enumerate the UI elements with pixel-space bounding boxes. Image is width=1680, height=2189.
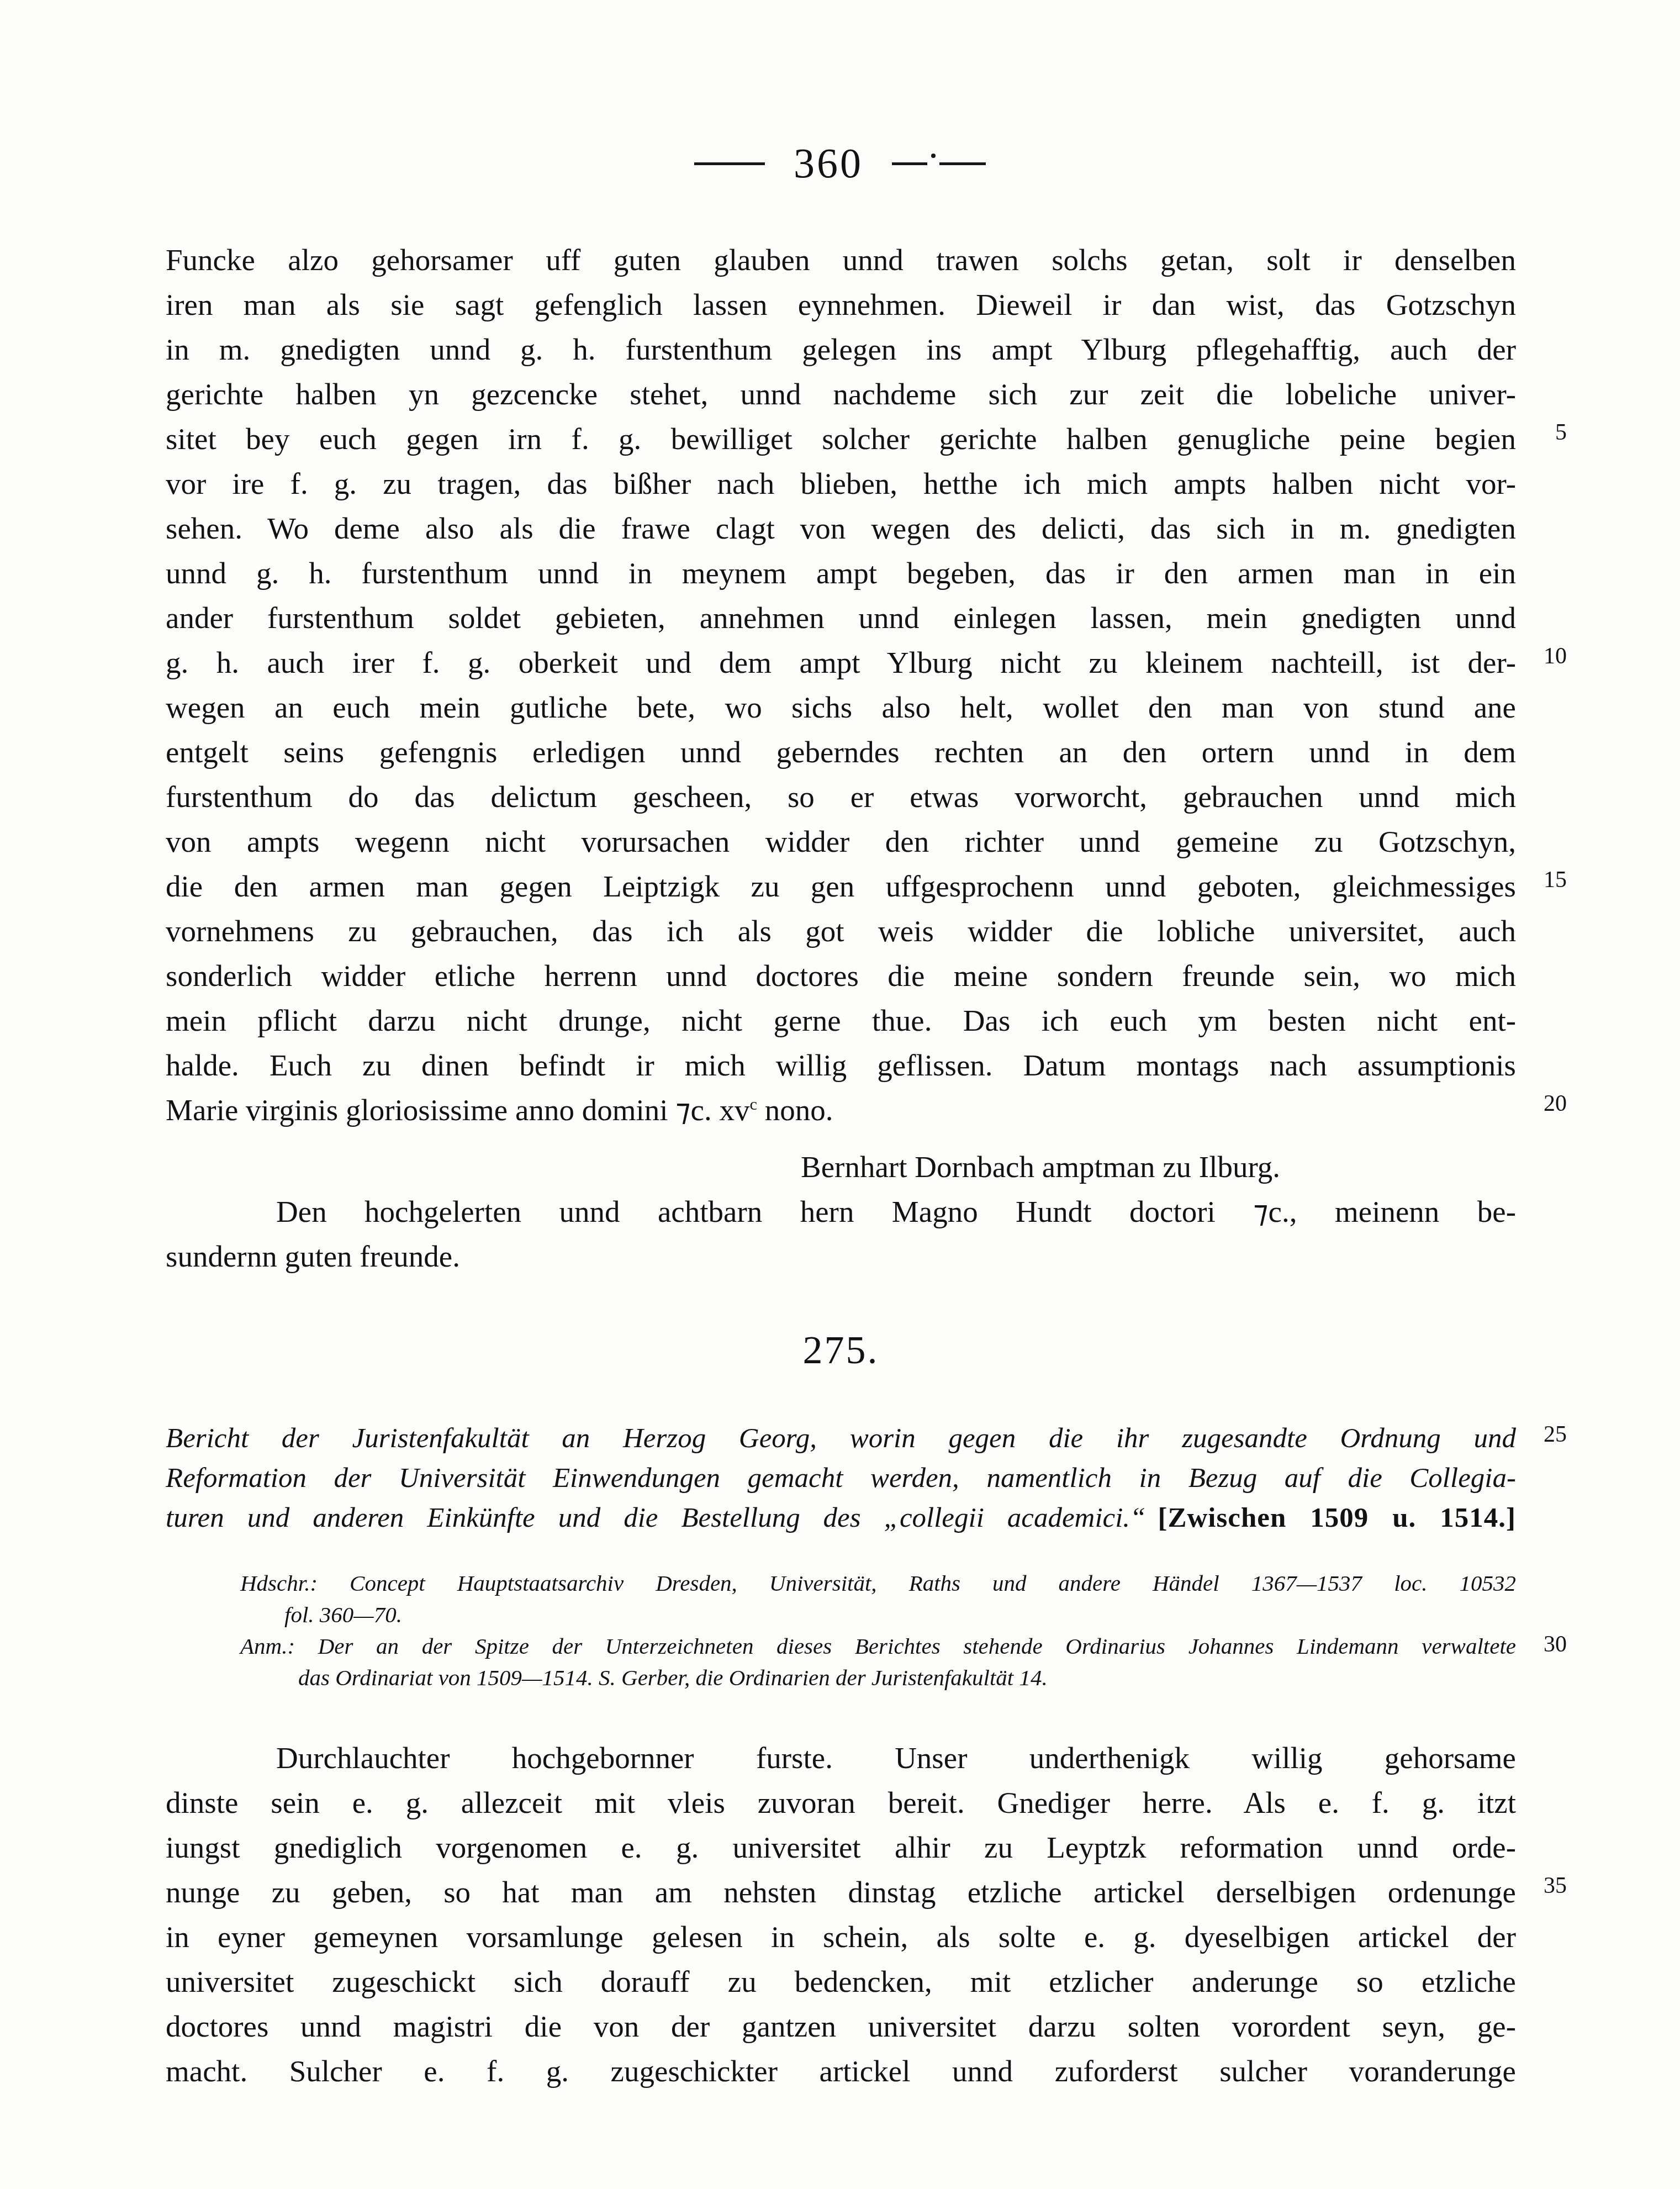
text-line: in m. gnedigten unnd g. h. furstenthum g… (166, 327, 1516, 372)
text-line: halde. Euch zu dinen befindt ir mich wil… (166, 1043, 1516, 1088)
line-text: mein pflicht darzu nicht drunge, nicht g… (166, 1004, 1516, 1037)
summary-line: Bericht der Juristenfakultät an Herzog G… (166, 1418, 1516, 1458)
line-text: sonderlich widder etliche herrenn unnd d… (166, 959, 1516, 993)
text-line: furstenthum do das delictum gescheen, so… (166, 774, 1516, 819)
text-line: die den armen man gegen Leiptzigk zu gen… (166, 864, 1516, 909)
text-line: sonderlich widder etliche herrenn unnd d… (166, 953, 1516, 998)
date-line-post: nono. (757, 1093, 833, 1127)
date-line-pre: Marie virginis gloriosissime anno domini… (166, 1093, 750, 1127)
line-text: sehen. Wo deme also als die frawe clagt … (166, 511, 1516, 545)
margin-line-number: 10 (1544, 645, 1567, 668)
text-line: ander furstenthum soldet gebieten, anneh… (166, 595, 1516, 640)
header-rule-right (892, 161, 986, 166)
address-line: Den hochgelerten unnd achtbarn hern Magn… (166, 1189, 1516, 1234)
line-text: vornehmens zu gebrauchen, das ich als go… (166, 914, 1516, 948)
address-line: sundernn guten freunde. (166, 1234, 1516, 1279)
summary-line: Reformation der Universität Einwendungen… (166, 1458, 1516, 1498)
margin-line-number: 5 (1555, 421, 1567, 444)
line-text: Reformation der Universität Einwendungen… (166, 1463, 1516, 1494)
header-dot (931, 154, 936, 158)
text-line: gerichte halben yn gezcencke stehet, unn… (166, 372, 1516, 416)
line-text: macht. Sulcher e. f. g. zugeschickter ar… (166, 2054, 1516, 2088)
line-text: gerichte halben yn gezcencke stehet, unn… (166, 377, 1516, 411)
text-line: dinste sein e. g. allezceit mit vleis zu… (166, 1780, 1516, 1825)
line-text: entgelt seins gefengnis erledigen unnd g… (166, 735, 1516, 769)
line-text: in eyner gemeynen vorsamlunge gelesen in… (166, 1920, 1516, 1954)
text-line: Durchlauchter hochgebornner furste. Unse… (166, 1736, 1516, 1780)
text-line: g. h. auch irer f. g. oberkeit und dem a… (166, 640, 1516, 685)
line-text: halde. Euch zu dinen befindt ir mich wil… (166, 1048, 1516, 1082)
line-text: g. h. auch irer f. g. oberkeit und dem a… (166, 646, 1516, 679)
date-range-bracket: [Zwischen 1509 u. 1514.] (1158, 1502, 1516, 1533)
line-text: von ampts wegenn nicht vorursachen widde… (166, 825, 1516, 858)
line-text: nunge zu geben, so hat man am nehsten di… (166, 1875, 1516, 1909)
text-line: entgelt seins gefengnis erledigen unnd g… (166, 730, 1516, 774)
book-page-scan: 360 Funcke alzo gehorsamer uff guten gla… (0, 0, 1680, 2189)
line-text: ander furstenthum soldet gebieten, anneh… (166, 601, 1516, 635)
header-rule-left (694, 162, 765, 165)
superscript-c: c (750, 1095, 757, 1114)
report-text-block: Durchlauchter hochgebornner furste. Unse… (166, 1736, 1516, 2093)
summary-italic-part: turen und anderen Einkünfte und die Best… (166, 1502, 1145, 1533)
text-line: unnd g. h. furstenthum unnd in meynem am… (166, 551, 1516, 595)
page-header: 360 (0, 143, 1680, 184)
text-line: sehen. Wo deme also als die frawe clagt … (166, 506, 1516, 551)
line-text: wegen an euch mein gutliche bete, wo sic… (166, 690, 1516, 724)
text-line: in eyner gemeynen vorsamlunge gelesen in… (166, 1914, 1516, 1959)
line-text: Hdschr.: Concept Hauptstaatsarchiv Dresd… (240, 1570, 1516, 1596)
line-text: vor ire f. g. zu tragen, das bißher nach… (166, 467, 1516, 500)
line-text: die den armen man gegen Leiptzigk zu gen… (166, 869, 1516, 903)
text-line: vor ire f. g. zu tragen, das bißher nach… (166, 461, 1516, 506)
line-text: iren man als sie sagt gefenglich lassen … (166, 288, 1516, 321)
text-line: wegen an euch mein gutliche bete, wo sic… (166, 685, 1516, 730)
text-line: nunge zu geben, so hat man am nehsten di… (166, 1870, 1516, 1914)
line-text: Anm.: Der an der Spitze der Unterzeichne… (240, 1633, 1516, 1659)
line-text: sitet bey euch gegen irn f. g. bewillige… (166, 422, 1516, 456)
text-line: Funcke alzo gehorsamer uff guten glauben… (166, 238, 1516, 282)
text-line: iren man als sie sagt gefenglich lassen … (166, 282, 1516, 327)
text-line: iungst gnediglich vorgenomen e. g. unive… (166, 1825, 1516, 1870)
margin-line-number: 25 (1544, 1423, 1567, 1446)
section-summary: Bericht der Juristenfakultät an Herzog G… (166, 1418, 1516, 1538)
text-line: universitet zugeschickt sich dorauff zu … (166, 1959, 1516, 2004)
line-text: Marie virginis gloriosissime anno domini… (166, 1093, 833, 1127)
line-text: universitet zugeschickt sich dorauff zu … (166, 1965, 1516, 1998)
text-line: vornehmens zu gebrauchen, das ich als go… (166, 909, 1516, 953)
summary-line: turen und anderen Einkünfte und die Best… (166, 1498, 1516, 1538)
margin-line-number: 15 (1544, 868, 1567, 892)
line-text: Den hochgelerten unnd achtbarn hern Magn… (276, 1195, 1516, 1228)
line-text: Funcke alzo gehorsamer uff guten glauben… (166, 243, 1516, 277)
text-line: Marie virginis gloriosissime anno domini… (166, 1088, 1516, 1132)
letter-text-block: Funcke alzo gehorsamer uff guten glauben… (166, 238, 1516, 1279)
line-text: unnd g. h. furstenthum unnd in meynem am… (166, 556, 1516, 590)
text-line: sitet bey euch gegen irn f. g. bewillige… (166, 416, 1516, 461)
note-line-anm: Anm.: Der an der Spitze der Unterzeichne… (166, 1631, 1516, 1662)
text-line: macht. Sulcher e. f. g. zugeschickter ar… (166, 2049, 1516, 2093)
header-rule-right-segment (939, 162, 986, 165)
line-text: dinste sein e. g. allezceit mit vleis zu… (166, 1786, 1516, 1819)
line-text: Durchlauchter hochgebornner furste. Unse… (276, 1741, 1516, 1775)
source-notes: Hdschr.: Concept Hauptstaatsarchiv Dresd… (166, 1568, 1516, 1694)
text-line: von ampts wegenn nicht vorursachen widde… (166, 819, 1516, 864)
header-rule-right-segment (892, 162, 927, 165)
line-text: in m. gnedigten unnd g. h. furstenthum g… (166, 333, 1516, 366)
margin-line-number: 20 (1544, 1092, 1567, 1115)
signature-line: Bernhart Dornbach amptman zu Ilburg. (166, 1144, 1516, 1189)
line-text: turen und anderen Einkünfte und die Best… (166, 1502, 1516, 1533)
section-number-heading: 275. (166, 1325, 1516, 1375)
text-line: doctores unnd magistri die von der gantz… (166, 2004, 1516, 2049)
line-text: doctores unnd magistri die von der gantz… (166, 2009, 1516, 2043)
margin-line-number: 35 (1544, 1874, 1567, 1897)
note-line-hdschr: Hdschr.: Concept Hauptstaatsarchiv Dresd… (166, 1568, 1516, 1599)
page-number: 360 (794, 143, 863, 184)
note-line-ordinariat: das Ordinariat von 1509—1514. S. Gerber,… (166, 1662, 1516, 1694)
text-line: mein pflicht darzu nicht drunge, nicht g… (166, 998, 1516, 1043)
note-line-folio: fol. 360—70. (166, 1599, 1516, 1631)
line-text: iungst gnediglich vorgenomen e. g. unive… (166, 1831, 1516, 1864)
line-text: furstenthum do das delictum gescheen, so… (166, 780, 1516, 814)
line-text: Bericht der Juristenfakultät an Herzog G… (166, 1423, 1516, 1454)
margin-line-number: 30 (1544, 1633, 1567, 1656)
